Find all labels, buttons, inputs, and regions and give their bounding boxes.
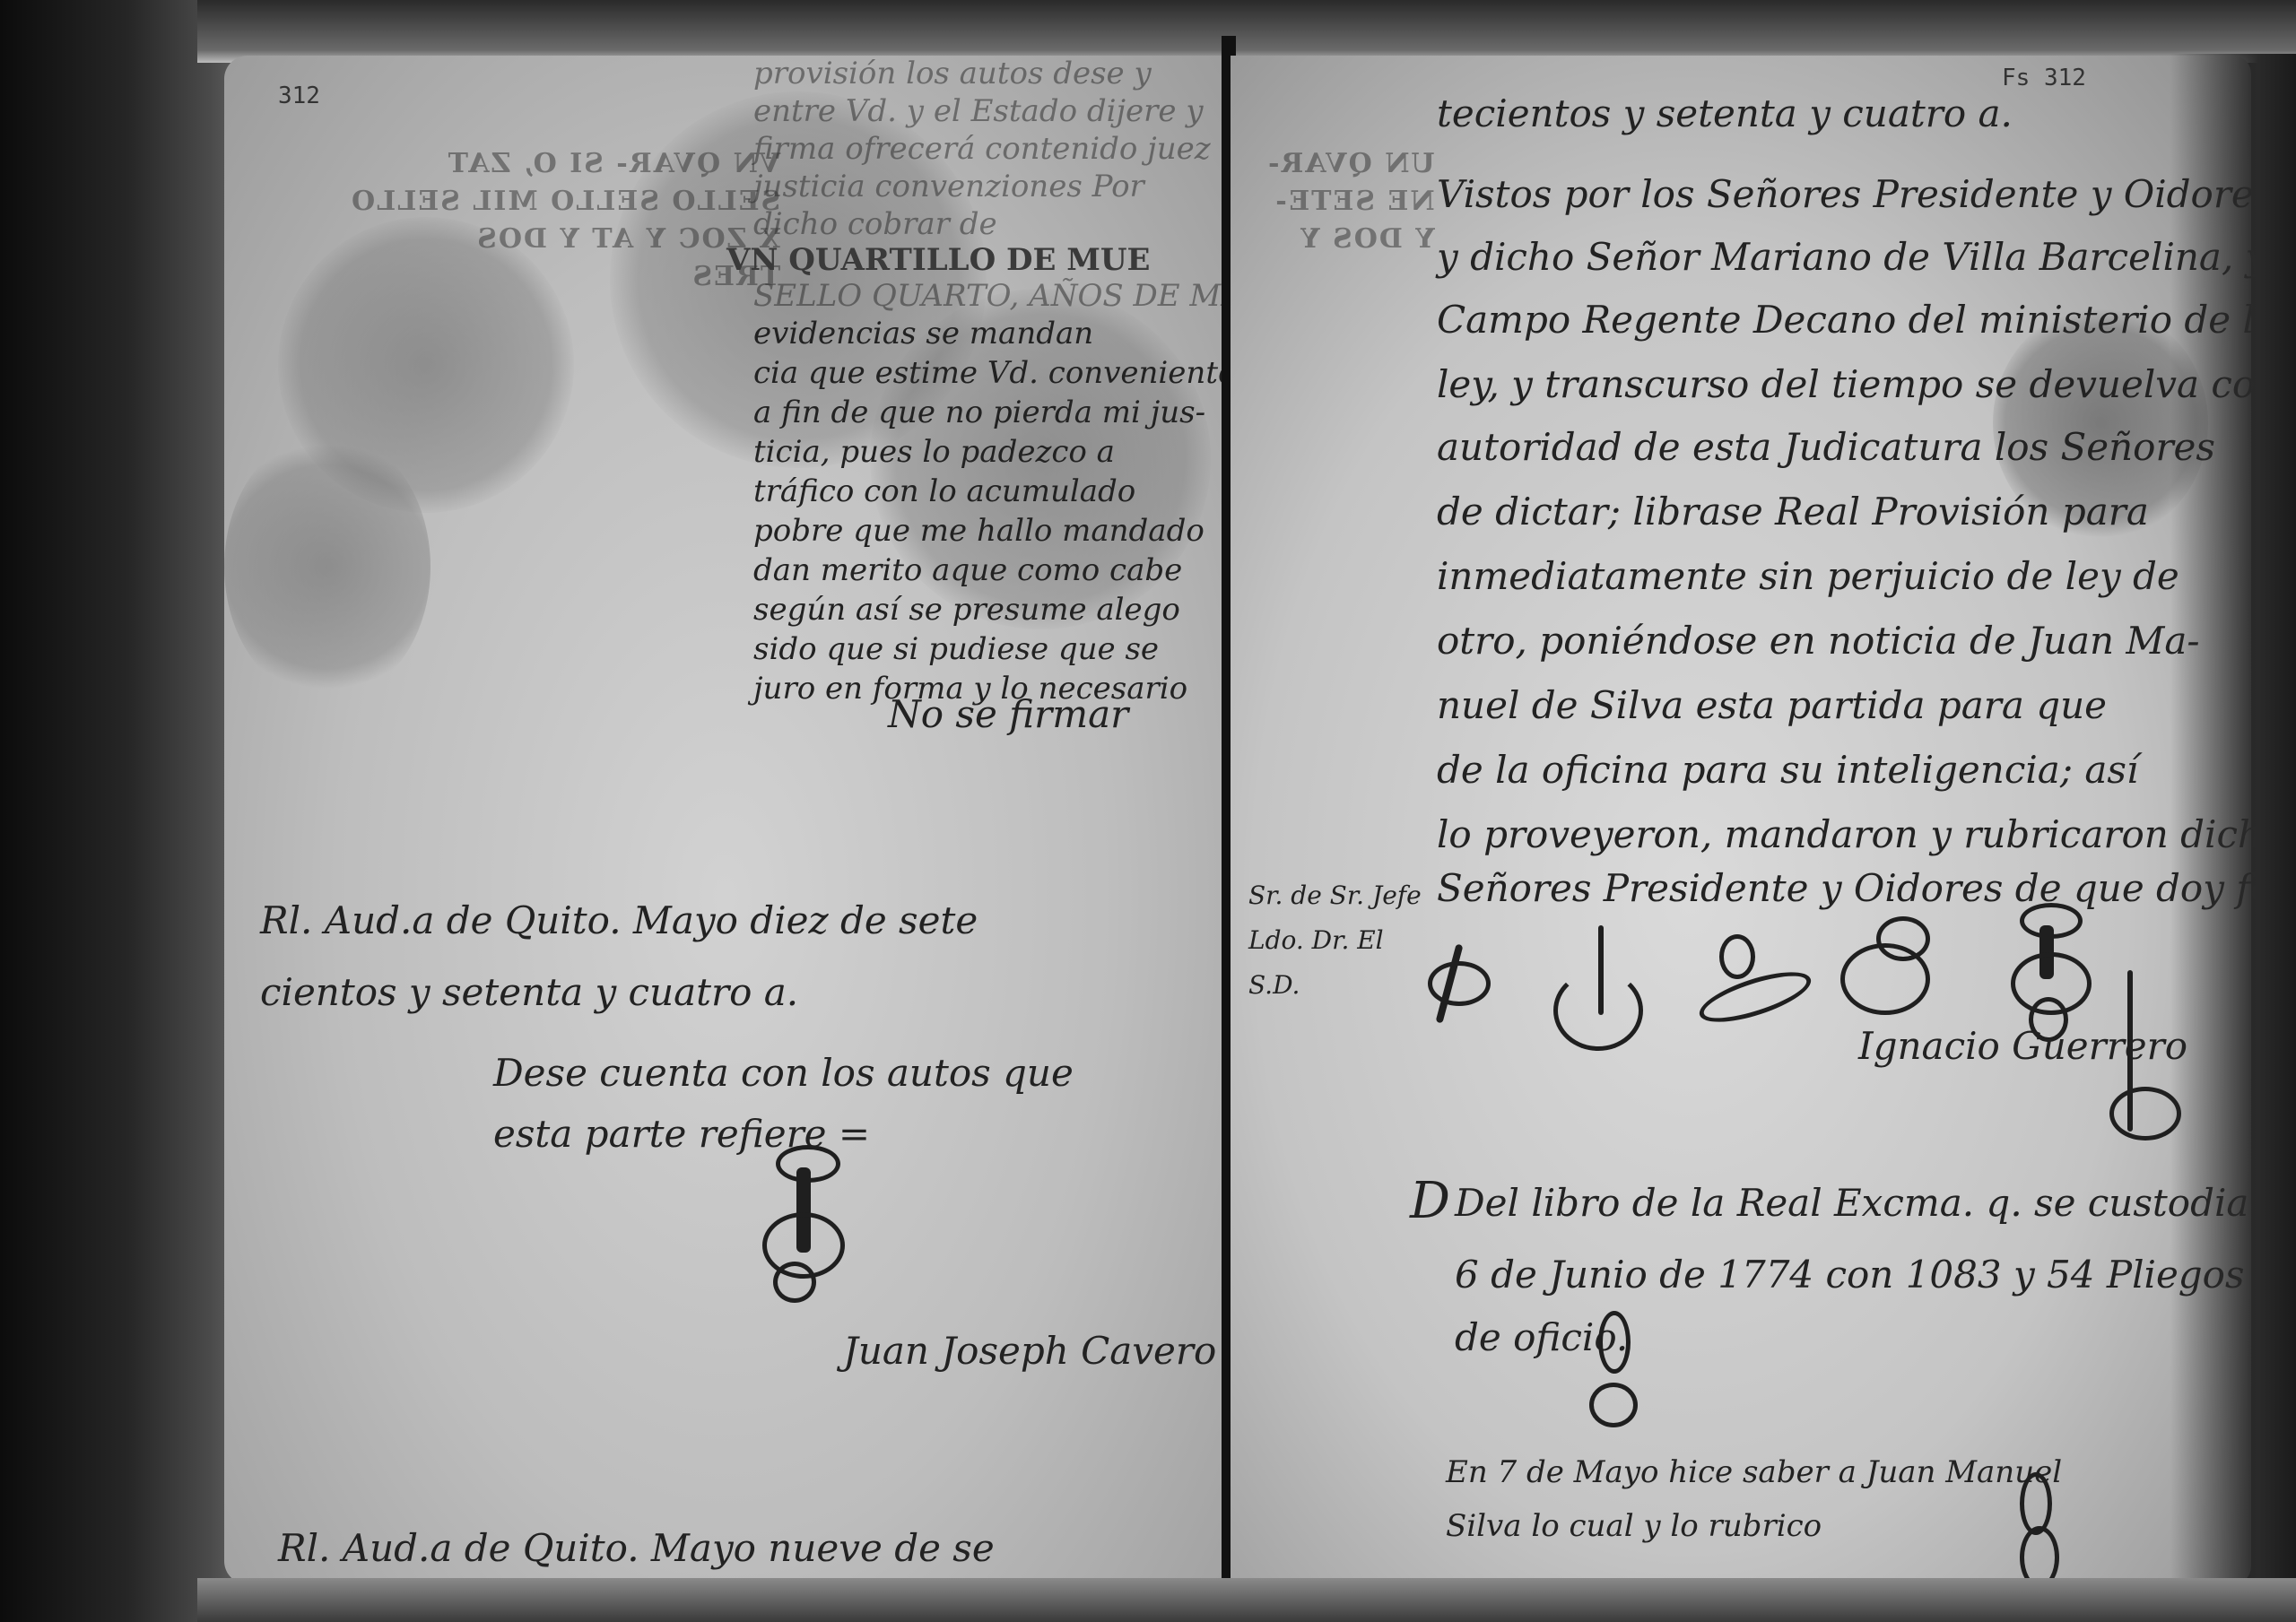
body-line: lo proveyeron, mandaron y rubricaron dic…	[1437, 812, 2296, 856]
text-line: dicho cobrar de	[753, 206, 997, 242]
text-line: a fin de que no pierda mi jus-	[753, 395, 1205, 430]
bleed-line: NE SETE-	[1274, 186, 1434, 217]
bleed-line: SELLO SELLO MIL SELLO	[350, 186, 780, 217]
body-line: nuel de Silva esta partida para que	[1437, 683, 2107, 727]
text-line: entre Vd. y el Estado dijere y	[753, 93, 1204, 129]
folio-number: Fs 312	[2002, 65, 2086, 91]
stamp-bleed-right: UN QVAR- NE SETE- Y DOS Y	[1266, 145, 1435, 258]
left-folio-number: 312	[278, 82, 320, 109]
page-top-edge	[197, 0, 2296, 63]
notification-line: En 7 de Mayo hice saber a Juan Manuel	[1446, 1454, 2062, 1490]
body-line: otro, poniéndose en noticia de Juan Ma-	[1437, 619, 2200, 663]
text-line: SELLO QUARTO, AÑOS DE MIL	[753, 278, 1253, 314]
body-line: inmediatamente sin perjuicio de ley de	[1437, 554, 2179, 598]
text-line: cia que estime Vd. conveniente	[753, 355, 1236, 391]
header-line: tecientos y setenta y cuatro a.	[1437, 91, 2013, 135]
text-line: firma ofrecerá contenido juez	[753, 131, 1211, 167]
body-line: y dicho Señor Mariano de Villa Barcelina…	[1437, 235, 2266, 279]
folio-value: 312	[2044, 65, 2086, 91]
text-line: ticia, pues lo padezco a	[753, 434, 1115, 470]
text-line: provisión los autos dese y	[753, 56, 1152, 91]
decree-line-2: Rl. Aud.a de Quito. Mayo nueve de se	[278, 1526, 995, 1570]
registry-line: 6 de Junio de 1774 con 1083 y 54 Pliegos	[1455, 1253, 2245, 1297]
left-page: 312 VN QVAR- SI O, ZAT SELLO SELLO MIL S…	[224, 56, 1227, 1584]
text-line: justicia convenziones Por	[753, 169, 1144, 204]
folio-prefix: Fs	[2002, 65, 2030, 91]
bleed-line: Y DOS Y	[1299, 223, 1435, 255]
faint-seal-left	[224, 432, 430, 701]
body-line: Señores Presidente y Oidores de que doy …	[1437, 866, 2273, 910]
margin-line: Sr. de Sr. Jefe	[1248, 880, 1422, 910]
decree-line: Dese cuenta con los autos que	[493, 1051, 1074, 1095]
right-page: Fs 312 UN QVAR- NE SETE- Y DOS Y tecient…	[1231, 56, 2251, 1584]
bleed-line: UN QVAR-	[1266, 148, 1435, 179]
no-se-firmar-note: No se firmar	[888, 692, 1128, 736]
registry-initial-d: D	[1410, 1172, 1450, 1230]
body-line: de la oficina para su inteligencia; así	[1437, 748, 2138, 792]
text-line: VN QUARTILLO DE MUE	[726, 242, 1150, 278]
margin-line: Ldo. Dr. El	[1248, 925, 1384, 955]
bleed-line: VN QVAR- SI O, ZAT	[447, 148, 781, 179]
text-line: tráfico con lo acumulado	[753, 473, 1135, 509]
text-line: sido que si pudiese que se	[753, 631, 1159, 667]
text-line: dan merito aque como cabe	[753, 552, 1182, 588]
decree-line: Rl. Aud.a de Quito. Mayo diez de sete	[260, 898, 978, 942]
decree-line: cientos y setenta y cuatro a.	[260, 970, 798, 1014]
page-bottom-edge	[197, 1578, 2296, 1622]
stamp-bleed-left: VN QVAR- SI O, ZAT SELLO SELLO MIL SELLO…	[350, 145, 780, 296]
signature-juan-joseph-cavero: Juan Joseph Cavero	[843, 1329, 1216, 1373]
body-line: de dictar; librase Real Provisión para	[1437, 490, 2149, 533]
text-line: según así se presume alego	[753, 592, 1180, 628]
text-line: evidencias se mandan	[753, 316, 1093, 351]
margin-line: S.D.	[1248, 970, 1300, 1000]
body-line: ley, y transcurso del tiempo se devuelva…	[1437, 362, 2279, 406]
right-edge-shadow	[2170, 54, 2296, 1596]
body-line: Campo Regente Decano del ministerio de l…	[1437, 298, 2277, 342]
book-spine-shadow	[0, 0, 233, 1622]
notification-line: Silva lo cual y lo rubrico	[1446, 1508, 1822, 1544]
body-line: autoridad de esta Judicatura los Señores	[1437, 425, 2215, 469]
body-line: Vistos por los Señores Presidente y Oido…	[1437, 172, 2296, 216]
text-line: pobre que me hallo mandado	[753, 513, 1205, 549]
signature-ignacio-guerrero: Ignacio Guerrero	[1858, 1024, 2187, 1068]
